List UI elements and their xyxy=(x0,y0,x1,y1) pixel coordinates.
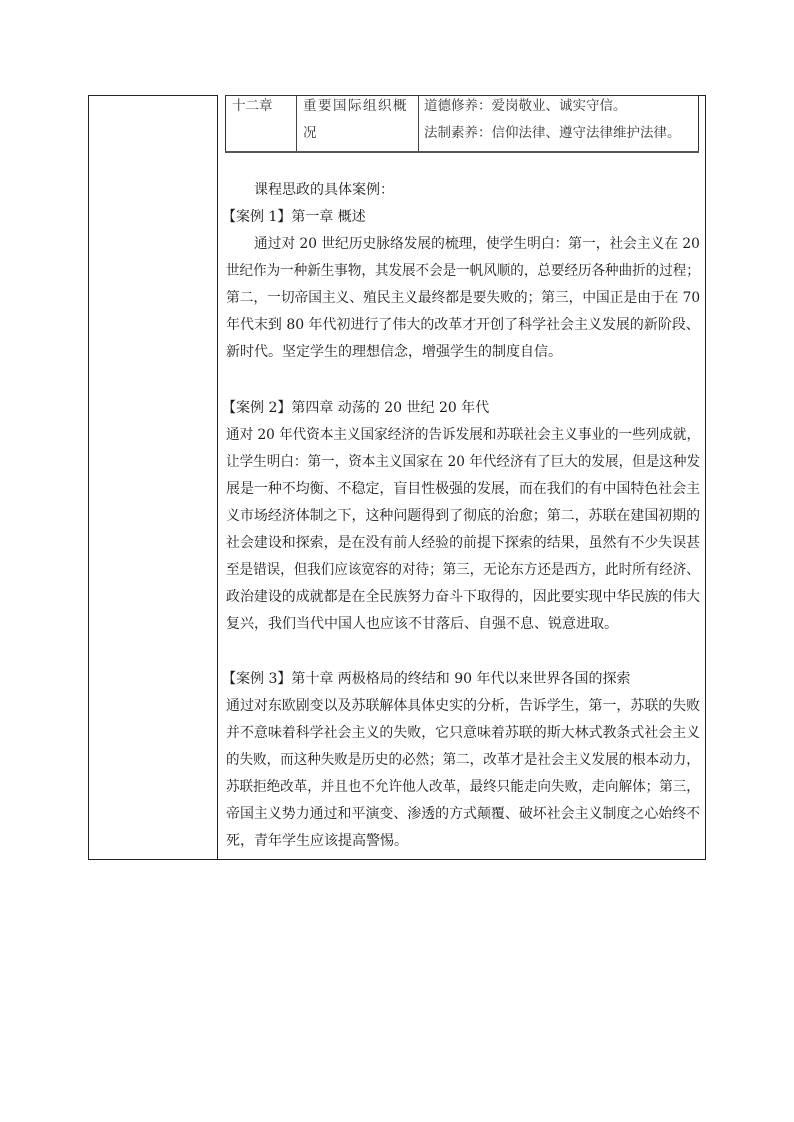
chapter-title-line-2: 况 xyxy=(303,120,317,147)
goal-moral: 道德修养：爱岗敬业、诚实守信。 xyxy=(424,93,627,120)
case-1-line: 世纪作为一种新生事物，其发展不会是一帆风顺的，总要经历各种曲折的过程； xyxy=(226,258,700,285)
case-3-line: 苏联拒绝改革，并且也不允许他人改革，最终只能走向失败，走向解体；第三， xyxy=(226,774,700,801)
case-1-line: 通过对 20 世纪历史脉络发展的梳理，使学生明白：第一，社会主义在 20 xyxy=(254,231,700,258)
case-2-line: 让学生明白：第一，资本主义国家在 20 年代经济有了巨大的发展，但是这种发 xyxy=(226,449,700,476)
inner-table-column-divider-2 xyxy=(418,96,419,152)
case-2-heading: 【案例 2】第四章 动荡的 20 世纪 20 年代 xyxy=(222,395,489,422)
chapter-title-line-1: 重要国际组织概 xyxy=(303,93,408,120)
case-2-line: 至是错误，但我们应该宽容的对待；第三，无论东方还是西方，此时所有经济、 xyxy=(226,557,700,584)
section-intro: 课程思政的具体案例： xyxy=(254,177,394,204)
case-2-line: 社会建设和探索，是在没有前人经验的前提下探索的结果，虽然有不少失误甚 xyxy=(226,530,700,557)
case-1-line: 新时代。坚定学生的理想信念，增强学生的制度自信。 xyxy=(226,339,562,366)
case-1-line: 第二，一切帝国主义、殖民主义最终都是要失败的；第三，中国正是由于在 70 xyxy=(226,285,700,312)
case-2-line: 展是一种不均衡、不稳定，盲目性极强的发展，而在我们的有中国特色社会主 xyxy=(226,476,700,503)
case-2-line: 通对 20 年代资本主义国家经济的告诉发展和苏联社会主义事业的一些列成就， xyxy=(226,422,700,449)
outer-table-column-divider xyxy=(217,96,218,860)
inner-table-bottom-border xyxy=(225,151,699,153)
case-1-line: 年代末到 80 年代初进行了伟大的改革才开创了科学社会主义发展的新阶段、 xyxy=(226,312,700,339)
outer-table-left-cell xyxy=(89,97,216,859)
case-3-line: 死，青年学生应该提高警惕。 xyxy=(226,828,408,855)
case-3-line: 并不意味着科学社会主义的失败，它只意味着苏联的斯大林式教条式社会主义 xyxy=(226,720,700,747)
case-3-heading: 【案例 3】第十章 两极格局的终结和 90 年代以来世界各国的探索 xyxy=(222,666,631,693)
case-2-line: 复兴，我们当代中国人也应该不甘落后、自强不息、锐意进取。 xyxy=(226,611,618,638)
goal-legal: 法制素养：信仰法律、遵守法律维护法律。 xyxy=(424,120,681,147)
document-page: 十二章 重要国际组织概 况 道德修养：爱岗敬业、诚实守信。 法制素养：信仰法律、… xyxy=(0,0,794,1122)
case-2-line: 义市场经济体制之下，这种问题得到了彻底的治愈；第二，苏联在建国初期的 xyxy=(226,503,700,530)
chapter-cell: 十二章 xyxy=(232,93,273,120)
inner-table-column-divider-1 xyxy=(296,96,297,152)
case-3-line: 帝国主义势力通过和平演变、渗透的方式颠覆、破坏社会主义制度之心始终不 xyxy=(226,801,700,828)
case-3-line: 的失败，而这种失败是历史的必然；第二，改革才是社会主义发展的根本动力， xyxy=(226,747,700,774)
case-3-line: 通过对东欧剧变以及苏联解体具体史实的分析，告诉学生，第一，苏联的失败 xyxy=(226,693,700,720)
case-2-line: 政治建设的成就都是在全民族努力奋斗下取得的，因此要实现中华民族的伟大 xyxy=(226,584,700,611)
case-1-heading: 【案例 1】第一章 概述 xyxy=(222,204,366,231)
